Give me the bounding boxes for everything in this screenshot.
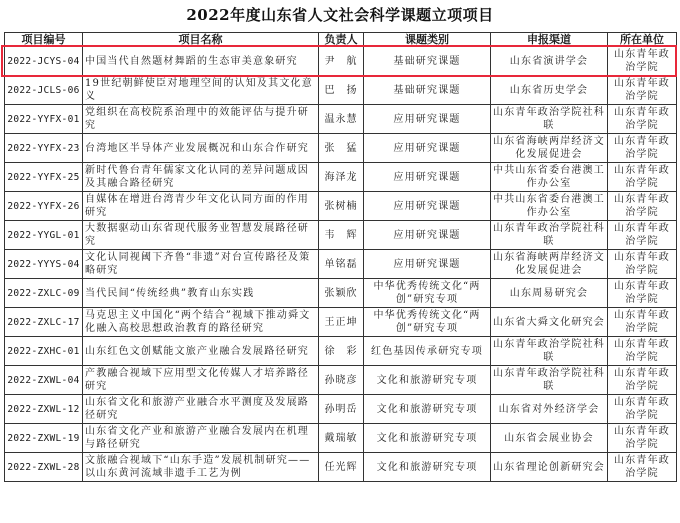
- cell-channel: 中共山东省委台港澳工作办公室: [491, 163, 608, 192]
- table-row: 2022-ZXLC-09当代民间“传统经典”教育山东实践张颖欣中华优秀传统文化“…: [5, 279, 677, 308]
- cell-person: 王正坤: [319, 308, 364, 337]
- cell-category: 文化和旅游研究专项: [364, 424, 491, 453]
- cell-channel: 山东省历史学会: [491, 76, 608, 105]
- projects-table: 项目编号 项目名称 负责人 课题类别 申报渠道 所在单位 2022-JCYS-0…: [4, 32, 677, 482]
- cell-category: 应用研究课题: [364, 221, 491, 250]
- cell-person: 温永慧: [319, 105, 364, 134]
- cell-person: 单铭磊: [319, 250, 364, 279]
- cell-person: 海泽龙: [319, 163, 364, 192]
- header-category: 课题类别: [364, 33, 491, 47]
- header-code: 项目编号: [5, 33, 83, 47]
- cell-name: 文化认同视阈下齐鲁“非遗”对台宣传路径及策略研究: [83, 250, 319, 279]
- cell-unit: 山东青年政治学院: [608, 192, 677, 221]
- cell-unit: 山东青年政治学院: [608, 76, 677, 105]
- cell-channel: 山东省演讲学会: [491, 47, 608, 76]
- cell-category: 基础研究课题: [364, 76, 491, 105]
- cell-unit: 山东青年政治学院: [608, 279, 677, 308]
- cell-person: 张树楠: [319, 192, 364, 221]
- cell-code: 2022-ZXWL-19: [5, 424, 83, 453]
- cell-category: 应用研究课题: [364, 192, 491, 221]
- cell-unit: 山东青年政治学院: [608, 250, 677, 279]
- cell-unit: 山东青年政治学院: [608, 337, 677, 366]
- header-channel: 申报渠道: [491, 33, 608, 47]
- cell-channel: 山东青年政治学院社科联: [491, 366, 608, 395]
- cell-category: 文化和旅游研究专项: [364, 366, 491, 395]
- cell-code: 2022-YYFX-26: [5, 192, 83, 221]
- table-row: 2022-ZXWL-19山东省文化产业和旅游产业融合发展内在机理与路径研究戴瑞敏…: [5, 424, 677, 453]
- cell-category: 文化和旅游研究专项: [364, 395, 491, 424]
- cell-name: 山东红色文创赋能文旅产业融合发展路径研究: [83, 337, 319, 366]
- table-row: 2022-ZXWL-12山东省文化和旅游产业融合水平测度及发展路径研究孙明岳文化…: [5, 395, 677, 424]
- table-row: 2022-YYFX-26自媒体在增进台湾青少年文化认同方面的作用研究张树楠应用研…: [5, 192, 677, 221]
- table-row: 2022-ZXLC-17马克思主义中国化“两个结合”视域下推动舜文化融入高校思想…: [5, 308, 677, 337]
- cell-channel: 山东青年政治学院社科联: [491, 105, 608, 134]
- cell-person: 张颖欣: [319, 279, 364, 308]
- cell-code: 2022-YYGL-01: [5, 221, 83, 250]
- cell-person: 孙明岳: [319, 395, 364, 424]
- cell-name: 当代民间“传统经典”教育山东实践: [83, 279, 319, 308]
- table-row: 2022-JCLS-0619世纪朝鲜使臣对地理空间的认知及其文化意义巴 扬基础研…: [5, 76, 677, 105]
- cell-person: 张 猛: [319, 134, 364, 163]
- cell-name: 自媒体在增进台湾青少年文化认同方面的作用研究: [83, 192, 319, 221]
- header-unit: 所在单位: [608, 33, 677, 47]
- cell-code: 2022-ZXLC-09: [5, 279, 83, 308]
- cell-name: 19世纪朝鲜使臣对地理空间的认知及其文化意义: [83, 76, 319, 105]
- cell-unit: 山东青年政治学院: [608, 424, 677, 453]
- table-row: 2022-YYFX-25新时代鲁台青年儒家文化认同的差异问题成因及其融合路径研究…: [5, 163, 677, 192]
- cell-unit: 山东青年政治学院: [608, 134, 677, 163]
- cell-person: 孙晓彦: [319, 366, 364, 395]
- cell-code: 2022-ZXWL-12: [5, 395, 83, 424]
- cell-name: 台湾地区半导体产业发展概况和山东合作研究: [83, 134, 319, 163]
- cell-name: 文旅融合视域下“山东手造”发展机制研究——以山东黄河流域非遗手工艺为例: [83, 453, 319, 482]
- document-title: 2022年度山东省人文社会科学课题立项项目: [0, 4, 680, 25]
- cell-person: 任光辉: [319, 453, 364, 482]
- cell-channel: 中共山东省委台港澳工作办公室: [491, 192, 608, 221]
- cell-person: 巴 扬: [319, 76, 364, 105]
- cell-name: 山东省文化产业和旅游产业融合发展内在机理与路径研究: [83, 424, 319, 453]
- table-row: 2022-YYYS-04文化认同视阈下齐鲁“非遗”对台宣传路径及策略研究单铭磊应…: [5, 250, 677, 279]
- table-row: 2022-JCYS-04中国当代自然题材舞蹈的生态审美意象研究尹 航基础研究课题…: [5, 47, 677, 76]
- header-name: 项目名称: [83, 33, 319, 47]
- cell-unit: 山东青年政治学院: [608, 221, 677, 250]
- cell-code: 2022-YYFX-01: [5, 105, 83, 134]
- cell-category: 中华优秀传统文化“两创”研究专项: [364, 308, 491, 337]
- cell-code: 2022-ZXHC-01: [5, 337, 83, 366]
- cell-code: 2022-YYFX-25: [5, 163, 83, 192]
- cell-category: 基础研究课题: [364, 47, 491, 76]
- table-row: 2022-YYFX-23台湾地区半导体产业发展概况和山东合作研究张 猛应用研究课…: [5, 134, 677, 163]
- cell-name: 新时代鲁台青年儒家文化认同的差异问题成因及其融合路径研究: [83, 163, 319, 192]
- cell-unit: 山东青年政治学院: [608, 163, 677, 192]
- cell-unit: 山东青年政治学院: [608, 366, 677, 395]
- table-row: 2022-YYFX-01党组织在高校院系治理中的效能评估与提升研究温永慧应用研究…: [5, 105, 677, 134]
- cell-unit: 山东青年政治学院: [608, 308, 677, 337]
- cell-category: 红色基因传承研究专项: [364, 337, 491, 366]
- cell-channel: 山东省对外经济学会: [491, 395, 608, 424]
- cell-name: 马克思主义中国化“两个结合”视域下推动舜文化融入高校思想政治教育的路径研究: [83, 308, 319, 337]
- cell-person: 韦 辉: [319, 221, 364, 250]
- cell-code: 2022-ZXWL-04: [5, 366, 83, 395]
- cell-category: 应用研究课题: [364, 105, 491, 134]
- cell-name: 产教融合视域下应用型文化传媒人才培养路径研究: [83, 366, 319, 395]
- cell-code: 2022-ZXLC-17: [5, 308, 83, 337]
- table-row: 2022-ZXHC-01山东红色文创赋能文旅产业融合发展路径研究徐 彩红色基因传…: [5, 337, 677, 366]
- cell-unit: 山东青年政治学院: [608, 105, 677, 134]
- cell-category: 文化和旅游研究专项: [364, 453, 491, 482]
- table-row: 2022-ZXWL-04产教融合视域下应用型文化传媒人才培养路径研究孙晓彦文化和…: [5, 366, 677, 395]
- cell-name: 大数据驱动山东省现代服务业智慧发展路径研究: [83, 221, 319, 250]
- cell-channel: 山东省大舜文化研究会: [491, 308, 608, 337]
- cell-channel: 山东青年政治学院社科联: [491, 337, 608, 366]
- table-row: 2022-YYGL-01大数据驱动山东省现代服务业智慧发展路径研究韦 辉应用研究…: [5, 221, 677, 250]
- cell-category: 应用研究课题: [364, 163, 491, 192]
- cell-code: 2022-YYFX-23: [5, 134, 83, 163]
- header-person: 负责人: [319, 33, 364, 47]
- cell-code: 2022-JCYS-04: [5, 47, 83, 76]
- cell-channel: 山东省会展业协会: [491, 424, 608, 453]
- cell-channel: 山东青年政治学院社科联: [491, 221, 608, 250]
- cell-code: 2022-YYYS-04: [5, 250, 83, 279]
- cell-name: 山东省文化和旅游产业融合水平测度及发展路径研究: [83, 395, 319, 424]
- table-header-row: 项目编号 项目名称 负责人 课题类别 申报渠道 所在单位: [5, 33, 677, 47]
- cell-person: 戴瑞敏: [319, 424, 364, 453]
- cell-category: 应用研究课题: [364, 250, 491, 279]
- cell-code: 2022-ZXWL-28: [5, 453, 83, 482]
- cell-channel: 山东省海峡两岸经济文化发展促进会: [491, 134, 608, 163]
- cell-unit: 山东青年政治学院: [608, 453, 677, 482]
- cell-channel: 山东省理论创新研究会: [491, 453, 608, 482]
- cell-person: 尹 航: [319, 47, 364, 76]
- cell-code: 2022-JCLS-06: [5, 76, 83, 105]
- cell-channel: 山东周易研究会: [491, 279, 608, 308]
- cell-unit: 山东青年政治学院: [608, 47, 677, 76]
- table-row: 2022-ZXWL-28文旅融合视域下“山东手造”发展机制研究——以山东黄河流域…: [5, 453, 677, 482]
- cell-person: 徐 彩: [319, 337, 364, 366]
- cell-category: 应用研究课题: [364, 134, 491, 163]
- cell-name: 党组织在高校院系治理中的效能评估与提升研究: [83, 105, 319, 134]
- cell-unit: 山东青年政治学院: [608, 395, 677, 424]
- cell-channel: 山东省海峡两岸经济文化发展促进会: [491, 250, 608, 279]
- cell-name: 中国当代自然题材舞蹈的生态审美意象研究: [83, 47, 319, 76]
- cell-category: 中华优秀传统文化“两创”研究专项: [364, 279, 491, 308]
